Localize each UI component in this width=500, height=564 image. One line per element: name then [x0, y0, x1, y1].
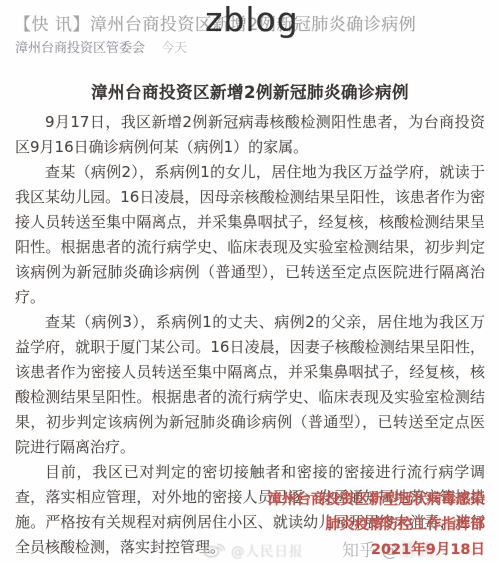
publish-time: 今天 [161, 41, 187, 56]
article-page: 【快 讯】漳州台商投资区新增2例新冠肺炎确诊病例 zblog 漳州台商投资区管委… [0, 0, 500, 564]
signature-block: 漳州台商投资区新型冠状病毒感染 肺炎疫情防控工作指挥部 2021年9月18日 [5, 488, 485, 563]
signature-date: 2021年9月18日 [5, 538, 485, 563]
signature-line1: 漳州台商投资区新型冠状病毒感染 [5, 488, 485, 513]
signature-line2: 肺炎疫情防控工作指挥部 [5, 513, 485, 538]
zblog-watermark: zblog [205, 0, 299, 39]
paragraph-1: 9月17日，我区新增2例新冠病毒核酸检测阳性患者，为台商投资区9月16日确诊病例… [15, 110, 485, 160]
source-account-link[interactable]: 漳州台商投资区管委会 [15, 41, 145, 56]
article-title: 漳州台商投资区新增2例新冠肺炎确诊病例 [0, 79, 500, 103]
paragraph-3: 查某（病例3），系病例1的丈夫、病例2的父亲，居住地为我区万益学府，就职于厦门某… [15, 310, 485, 460]
byline: 漳州台商投资区管委会 今天 [15, 40, 187, 58]
paragraph-2: 查某（病例2），系病例1的女儿，居住地为我区万益学府，就读于我区某幼儿园。16日… [15, 160, 485, 310]
